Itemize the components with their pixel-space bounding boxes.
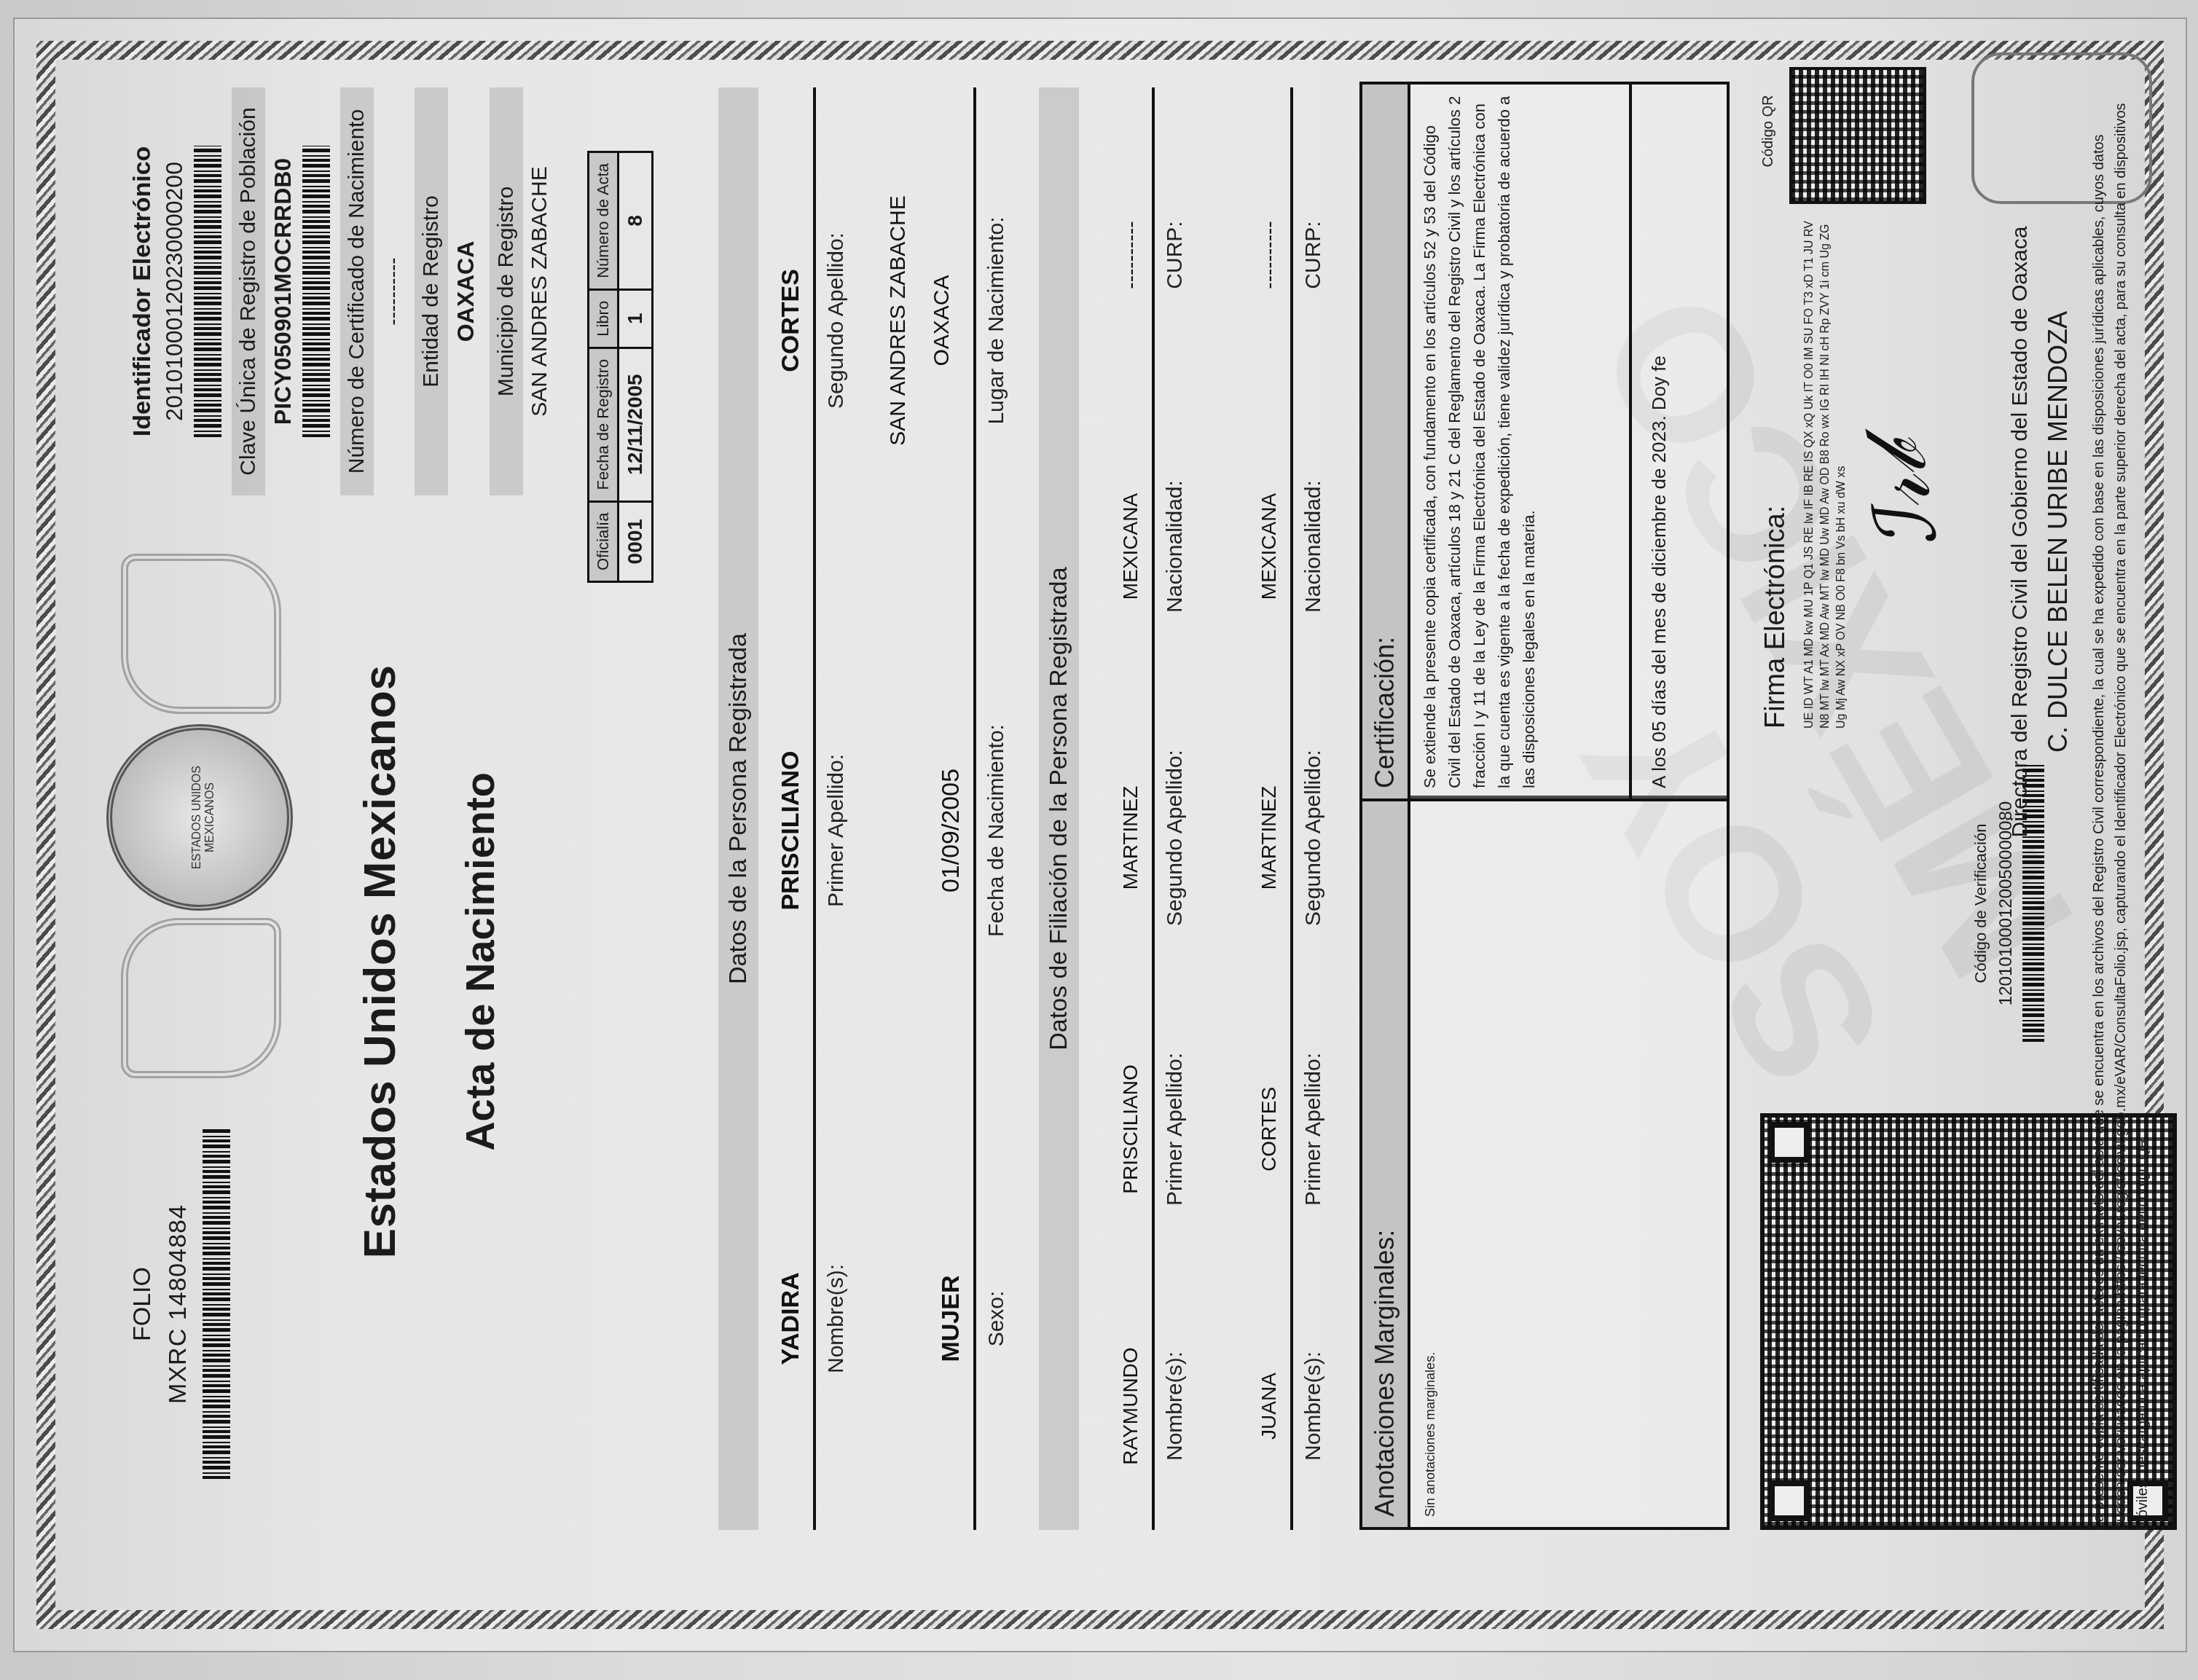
curp-label: Clave Única de Registro de Población [232, 87, 265, 495]
parent1-curp-label: CURP: [1163, 117, 1188, 393]
municipality-value: SAN ANDRES ZABACHE [527, 87, 552, 495]
registry-header-libro: Libro [589, 289, 619, 348]
electronic-signature-block: Firma Electrónica: UE ID WT A1 MD kw MU … [1760, 219, 1850, 729]
registry-value-numero-acta: 8 [619, 152, 653, 290]
parent1-first-surname-label: Primer Apellido: [1163, 991, 1188, 1268]
signatory-title: Directora del Registro Civil del Gobiern… [2008, 204, 2033, 860]
entity-label: Entidad de Registro [415, 87, 448, 495]
registry-header-numero-acta: Número de Acta [589, 152, 619, 290]
parent2-first-surname-value: CORTES [1257, 991, 1281, 1268]
parent2-nationality-value: MEXICANA [1257, 408, 1281, 685]
document-title: Acta de Nacimiento [456, 597, 503, 1326]
sex-value: MUJER [937, 1137, 965, 1501]
certification-text: Se extiende la presente copia certificad… [1410, 85, 1632, 798]
parent1-second-surname-label: Segundo Apellido: [1163, 699, 1188, 976]
birth-place-value-1: SAN ANDRES ZABACHE [886, 117, 911, 525]
certificate-paper: SOY MÉXICO FOLIO MXRC 14804884 ESTADOS U… [15, 19, 2186, 1651]
parent1-nationality-label: Nacionalidad: [1163, 408, 1188, 685]
divider [973, 87, 976, 1530]
parent2-second-surname-value: MARTINEZ [1257, 699, 1281, 976]
parent2-names-value: JUANA [1257, 1282, 1281, 1530]
folio-value: MXRC 14804884 [164, 1100, 192, 1508]
annotations-title: Anotaciones Marginales: [1362, 798, 1410, 1527]
parent1-second-surname-value: MARTINEZ [1119, 699, 1142, 976]
certification-date: A los 05 días del mes de diciembre de 20… [1632, 85, 1679, 798]
person-second-surname-value: CORTES [777, 117, 805, 525]
country-title: Estados Unidos Mexicanos [354, 597, 406, 1326]
folio-block: FOLIO MXRC 14804884 [128, 1100, 230, 1508]
parent1-names-label: Nombre(s): [1163, 1282, 1188, 1530]
parent2-names-label: Nombre(s): [1301, 1282, 1326, 1530]
parent1-nationality-value: MEXICANA [1119, 408, 1142, 685]
parent2-second-surname-label: Segundo Apellido: [1301, 699, 1326, 976]
electronic-signature-label: Firma Electrónica: [1760, 219, 1791, 729]
footer-legal-text: La presente copia certificada del acta e… [2088, 87, 2154, 1530]
parent2-curp-value: ---------- [1257, 117, 1281, 393]
birth-certificate-document: SOY MÉXICO FOLIO MXRC 14804884 ESTADOS U… [0, 0, 2198, 1680]
person-first-surname-label: Primer Apellido: [824, 627, 849, 1035]
electronic-signature-hash: UE ID WT A1 MD kw MU 1P Q1 JS RE lw IF I… [1802, 219, 1850, 729]
person-names-value: YADIRA [777, 1137, 805, 1501]
registry-value-fecha: 12/11/2005 [619, 348, 653, 501]
entity-value: OAXACA [452, 87, 479, 495]
decorative-glyph-left [121, 918, 281, 1078]
divider [813, 87, 816, 1530]
birth-place-label: Lugar de Nacimiento: [984, 117, 1009, 525]
municipality-label: Municipio de Registro [490, 87, 523, 495]
birth-date-value: 01/09/2005 [937, 627, 965, 1035]
person-names-label: Nombre(s): [824, 1137, 849, 1501]
divider [1290, 87, 1293, 1530]
folio-barcode [203, 1129, 230, 1479]
parent2-first-surname-label: Primer Apellido: [1301, 991, 1326, 1268]
registry-header-oficialia: Oficialía [589, 501, 619, 581]
sex-label: Sexo: [984, 1137, 1009, 1501]
seal-text: ESTADOS UNIDOS MEXICANOS [191, 730, 217, 905]
photo-background: SOY MÉXICO FOLIO MXRC 14804884 ESTADOS U… [0, 0, 2198, 1680]
electronic-id-label: Identificador Electrónico [128, 87, 157, 495]
registry-table: Oficialía Fecha de Registro Libro Número… [587, 151, 653, 583]
small-qr-label: Código QR [1760, 80, 1777, 182]
annotations-box: Anotaciones Marginales: Sin anotaciones … [1359, 796, 1730, 1530]
certification-title: Certificación: [1362, 85, 1410, 798]
birth-cert-number-label: Número de Certificado de Nacimiento [340, 87, 374, 495]
divider [1152, 87, 1155, 1530]
registered-person-section-title: Datos de la Persona Registrada [718, 87, 758, 1530]
registry-header-fecha: Fecha de Registro [589, 348, 619, 501]
certification-box: Certificación: Se extiende la presente c… [1359, 82, 1730, 801]
parent1-names-value: RAYMUNDO [1119, 1282, 1142, 1530]
electronic-id-value: 20101000120230000200 [161, 87, 188, 495]
curp-value: PICY050901MOCRRDB0 [270, 87, 297, 495]
birth-place-value-2: OAXACA [930, 117, 954, 525]
parent2-nationality-label: Nacionalidad: [1301, 408, 1326, 685]
person-first-surname-value: PRISCILIANO [777, 627, 805, 1035]
birth-cert-number-value: ---------- [381, 87, 404, 495]
folio-label: FOLIO [128, 1100, 157, 1508]
curp-barcode [302, 146, 330, 437]
registry-value-libro: 1 [619, 289, 653, 348]
annotations-text: Sin anotaciones marginales. [1410, 798, 1450, 1527]
signatory-name: C. DULCE BELEN URIBE MENDOZA [2043, 204, 2073, 860]
birth-date-label: Fecha de Nacimiento: [984, 627, 1009, 1035]
identifier-block: Identificador Electrónico 20101000120230… [128, 87, 552, 495]
electronic-id-barcode [194, 146, 221, 437]
verification-label: Código de Verificación [1971, 743, 1990, 1064]
small-qr-code[interactable] [1789, 67, 1926, 204]
decorative-glyph-right [121, 554, 281, 714]
signatory-block: Directora del Registro Civil del Gobiern… [2008, 204, 2073, 860]
person-second-surname-label: Segundo Apellido: [824, 117, 849, 525]
registry-value-oficialia: 0001 [619, 501, 653, 581]
parent1-first-surname-value: PRISCILIANO [1119, 991, 1142, 1268]
filiation-section-title: Datos de Filiación de la Persona Registr… [1039, 87, 1079, 1530]
parent1-curp-value: ---------- [1119, 117, 1142, 393]
national-seal-icon: ESTADOS UNIDOS MEXICANOS [106, 724, 293, 911]
parent2-curp-label: CURP: [1301, 117, 1326, 393]
